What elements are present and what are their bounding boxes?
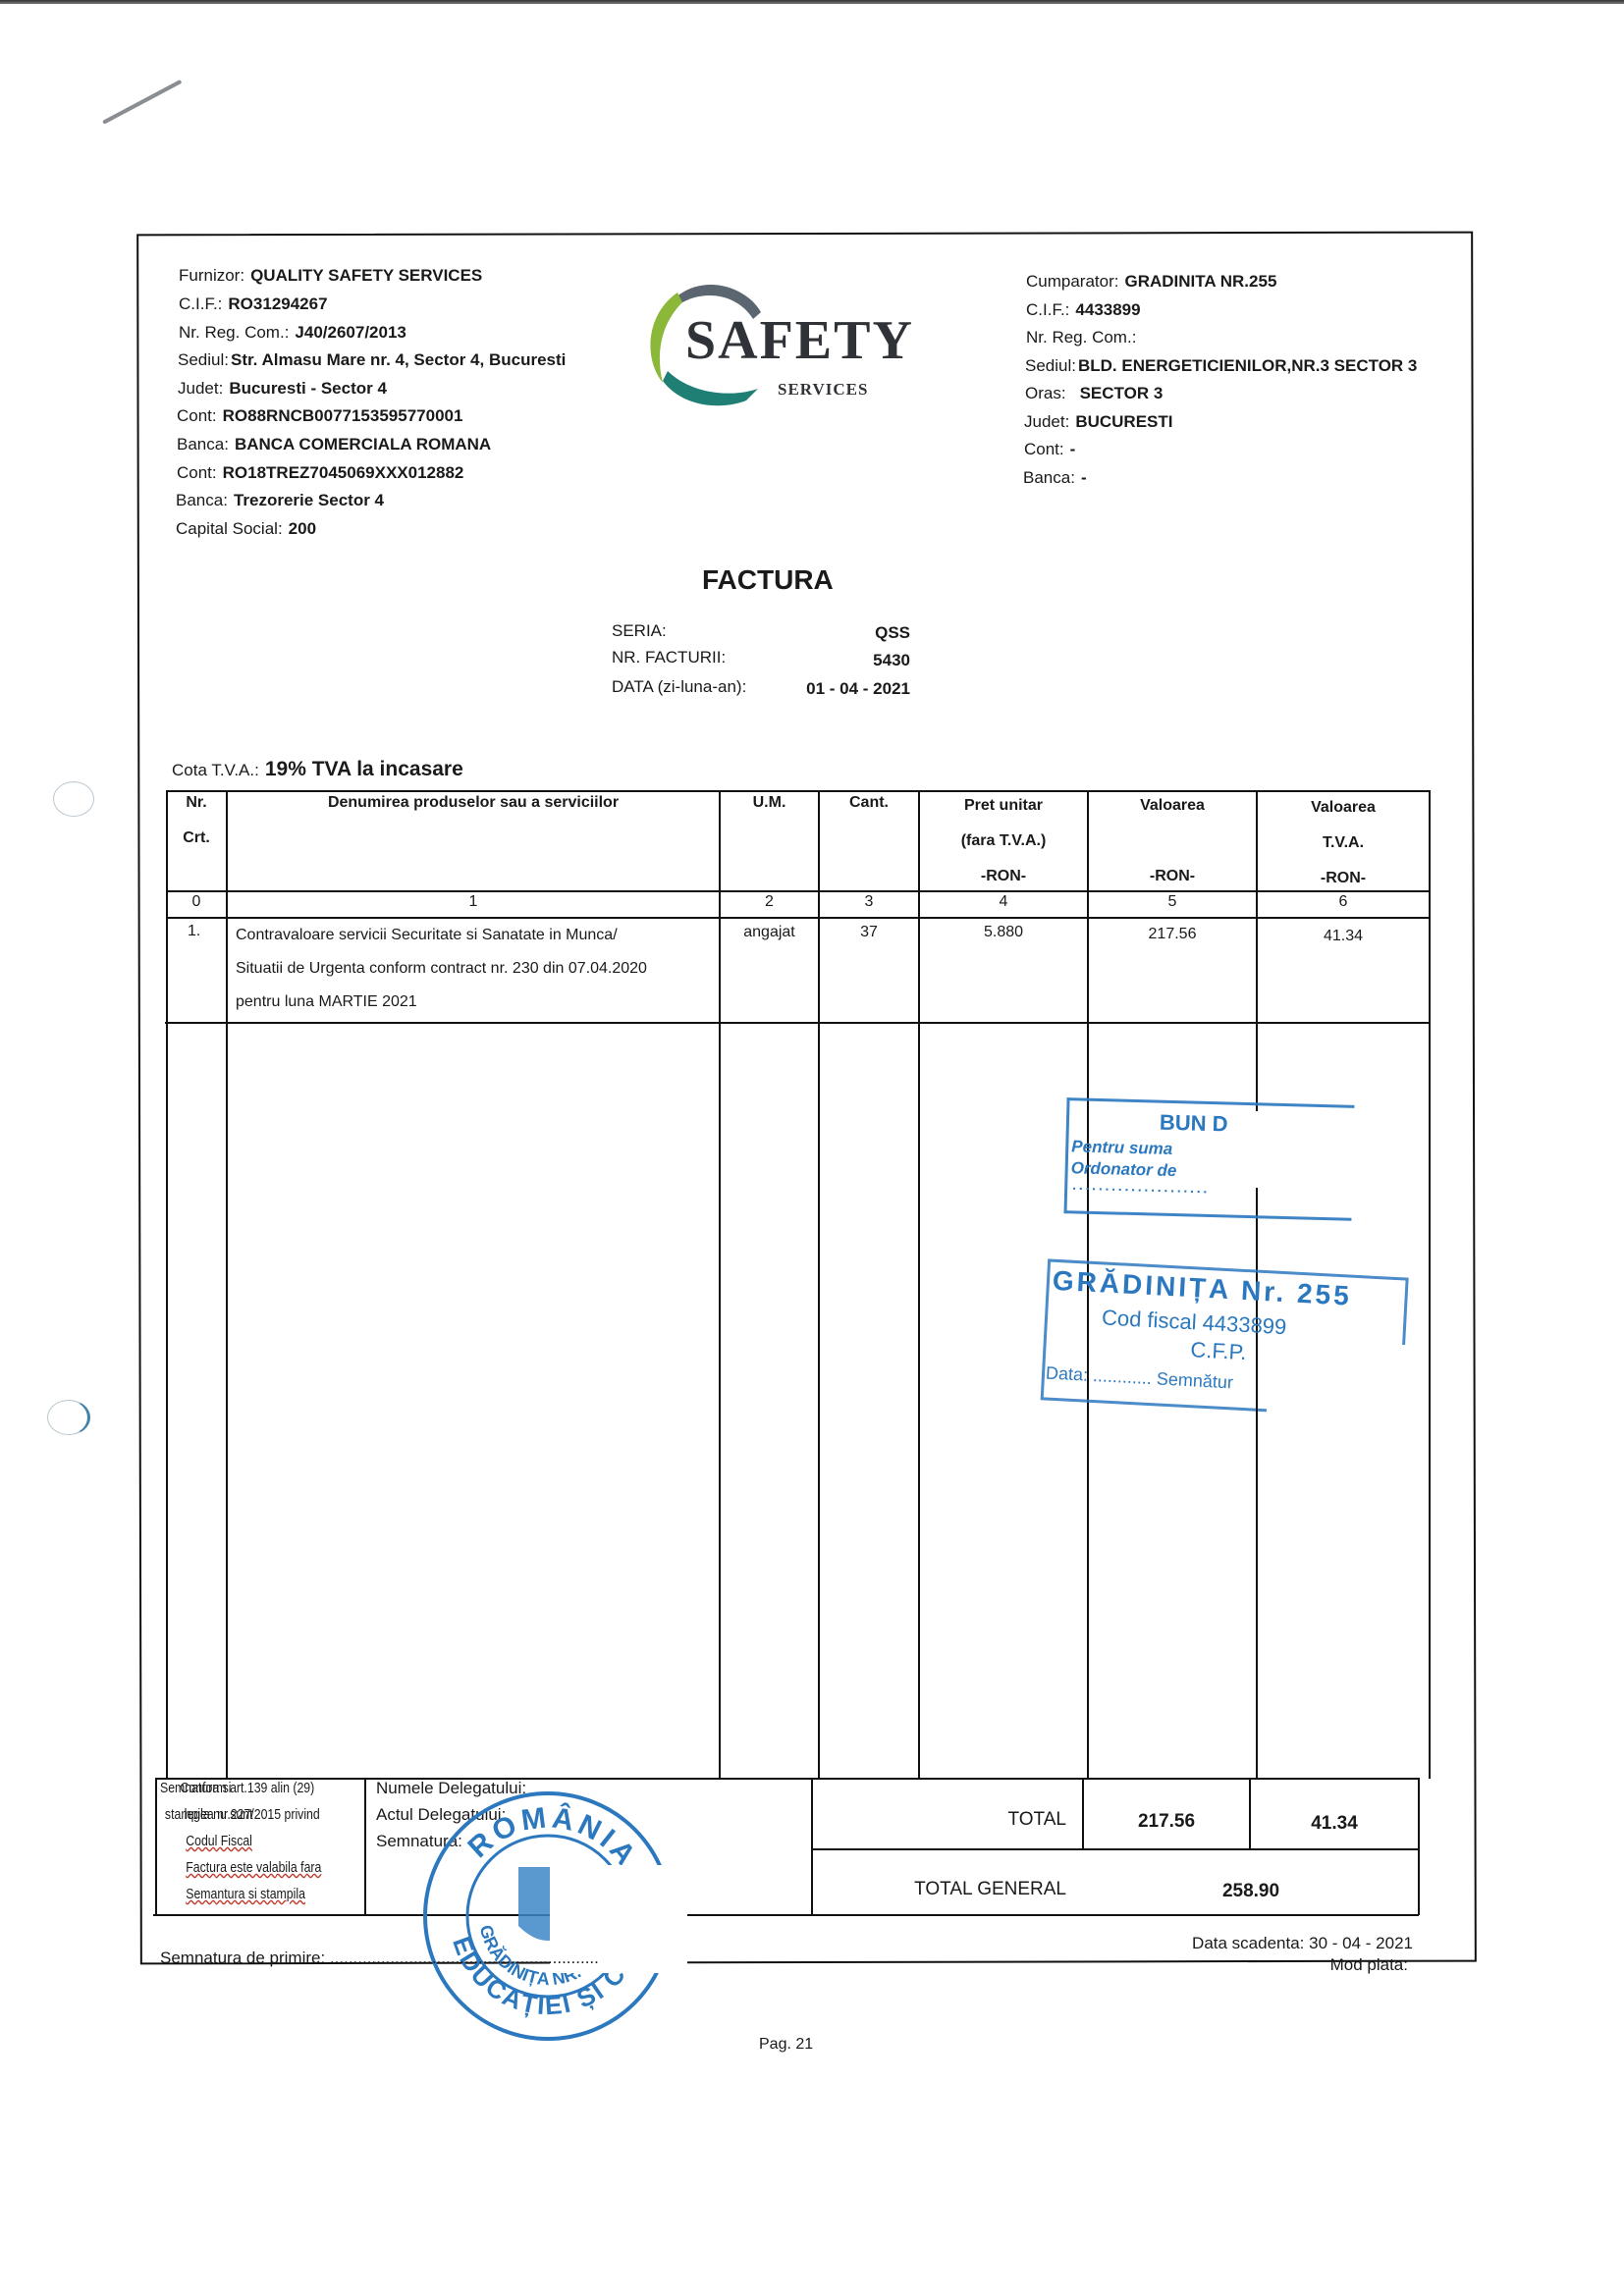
label: Judet: xyxy=(178,379,223,398)
label: Sediul: xyxy=(1025,356,1076,375)
header-nr: Nr. Crt. xyxy=(167,785,226,856)
label: Capital Social: xyxy=(176,519,283,538)
number-label: NR. FACTURII: xyxy=(612,648,726,667)
supplier-account-1: Cont:RO88RNCB0077153595770001 xyxy=(177,406,462,426)
value: - xyxy=(1081,468,1087,487)
stamp-text: C.F.P. xyxy=(1190,1337,1247,1365)
value: J40/2607/2013 xyxy=(295,323,406,342)
value: 4433899 xyxy=(1075,300,1140,319)
total-general-value: 258.90 xyxy=(1084,1881,1418,1902)
header-line: Crt. xyxy=(167,821,226,856)
date-value: 01 - 04 - 2021 xyxy=(806,679,910,699)
buyer-bank: Banca:- xyxy=(1023,468,1087,488)
row-um: angajat xyxy=(721,924,818,941)
label: Cumparator: xyxy=(1026,272,1118,291)
total-value: 217.56 xyxy=(1084,1811,1249,1833)
logo-wordmark: SAFETY xyxy=(685,309,914,372)
value: BLD. ENERGETICIENILOR,NR.3 SECTOR 3 xyxy=(1078,356,1417,375)
table-border xyxy=(1256,1345,1258,1431)
value: Bucuresti - Sector 4 xyxy=(229,379,387,398)
buyer-city: Oras:SECTOR 3 xyxy=(1025,384,1163,403)
header-line: Nr. xyxy=(167,785,226,821)
buyer-reg: Nr. Reg. Com.: xyxy=(1026,328,1142,347)
company-logo: SAFETY SERVICES xyxy=(638,265,943,412)
description-line: Contravaloare servicii Securitate si San… xyxy=(236,919,647,952)
note-line: Semnatura siConform art.139 alin (29) xyxy=(160,1775,321,1801)
header-line: -RON- xyxy=(920,859,1087,894)
header-line: -RON- xyxy=(1258,861,1429,896)
supplier-cif: C.I.F.:RO31294267 xyxy=(179,294,328,314)
label: Banca: xyxy=(177,435,229,454)
supplier-county: Judet:Bucuresti - Sector 4 xyxy=(178,379,387,399)
table-border xyxy=(166,790,168,1779)
col-number: 2 xyxy=(721,893,818,911)
buyer-name: Cumparator:GRADINITA NR.255 xyxy=(1026,272,1276,292)
label: Sediul: xyxy=(178,350,229,369)
header-line: Valoarea xyxy=(1258,790,1429,826)
table-border xyxy=(165,1022,1430,1024)
supplier-bank-1: Banca:BANCA COMERCIALA ROMANA xyxy=(177,435,491,454)
due-date: Data scadenta: 30 - 04 - 2021 xyxy=(1192,1934,1413,1953)
header-line: (fara T.V.A.) xyxy=(920,824,1087,859)
table-border xyxy=(1418,1778,1420,1915)
col-number: 1 xyxy=(228,893,719,911)
vat-rate: Cota T.V.A.:19% TVA la incasare xyxy=(172,758,463,781)
label: Banca: xyxy=(176,491,228,509)
label: Data scadenta: xyxy=(1192,1934,1304,1952)
label: Cont: xyxy=(177,463,217,482)
label: Banca: xyxy=(1023,468,1075,487)
header-value: Valoarea -RON- xyxy=(1089,788,1256,894)
value: - xyxy=(1070,440,1076,458)
buyer-account: Cont:- xyxy=(1024,440,1075,459)
svg-text:ROMÂNIA: ROMÂNIA xyxy=(462,1801,644,1875)
header-vat: Valoarea T.V.A. -RON- xyxy=(1258,790,1429,896)
invoice-title: FACTURA xyxy=(702,564,834,596)
row-nr: 1. xyxy=(188,923,200,940)
table-border xyxy=(226,790,228,1779)
note-line: Semantura si stampila xyxy=(160,1881,321,1907)
value: QUALITY SAFETY SERVICES xyxy=(250,266,482,285)
supplier-account-2: Cont:RO18TREZ7045069XXX012882 xyxy=(177,463,463,483)
total-general-label: TOTAL GENERAL xyxy=(813,1879,1066,1900)
value: 19% TVA la incasare xyxy=(265,758,463,780)
page-number: Pag. 21 xyxy=(759,2036,813,2054)
pen-mark xyxy=(102,80,182,125)
label: Nr. Reg. Com.: xyxy=(1026,328,1136,347)
punch-hole xyxy=(53,781,94,817)
value: RO88RNCB0077153595770001 xyxy=(223,406,463,425)
series-value: QSS xyxy=(875,623,910,643)
header-name: Denumirea produselor sau a serviciilor xyxy=(228,785,719,821)
note-line: Codul Fiscal xyxy=(160,1828,321,1854)
supplier-bank-2: Banca:Trezorerie Sector 4 xyxy=(176,491,384,510)
punch-hole xyxy=(47,1400,90,1435)
value: BANCA COMERCIALA ROMANA xyxy=(235,435,491,454)
supplier-capital: Capital Social:200 xyxy=(176,519,316,539)
note-text: legea nr.227/2015 privind xyxy=(185,1801,320,1828)
stamp-text: Ordonator de xyxy=(1070,1158,1176,1181)
table-border xyxy=(1429,790,1431,1779)
dots: ........................................… xyxy=(330,1949,599,1967)
label: C.I.F.: xyxy=(179,294,222,313)
header-line: Pret unitar xyxy=(920,788,1087,824)
supplier-reg: Nr. Reg. Com.:J40/2607/2013 xyxy=(179,323,406,343)
header-line xyxy=(1089,824,1256,859)
note-text: Codul Fiscal xyxy=(186,1833,252,1849)
row-description: Contravaloare servicii Securitate si San… xyxy=(236,919,647,1019)
value: 200 xyxy=(289,519,316,538)
header-line: T.V.A. xyxy=(1258,826,1429,861)
row-vat: 41.34 xyxy=(1258,928,1429,945)
table-border xyxy=(157,1778,1419,1780)
label: Semnatura de primire: xyxy=(160,1949,325,1967)
supplier-address: Sediul:Str. Almasu Mare nr. 4, Sector 4,… xyxy=(178,350,566,370)
scan-top-edge xyxy=(0,0,1624,4)
value: RO18TREZ7045069XXX012882 xyxy=(223,463,464,482)
note-line: Factura este valabila fara xyxy=(160,1854,321,1881)
header-line: -RON- xyxy=(1089,859,1256,894)
legal-note: Semnatura siConform art.139 alin (29) st… xyxy=(160,1775,321,1907)
buyer-county: Judet:BUCURESTI xyxy=(1024,412,1172,432)
total-vat: 41.34 xyxy=(1251,1813,1418,1835)
label: Cont: xyxy=(177,406,217,425)
value: RO31294267 xyxy=(228,294,327,313)
header-line: Valoarea xyxy=(1089,788,1256,824)
col-number: 3 xyxy=(820,893,918,911)
table-border xyxy=(155,1778,157,1915)
receipt-signature: Semnatura de primire: ..................… xyxy=(160,1949,599,1968)
label: Cont: xyxy=(1024,440,1064,458)
col-number: 0 xyxy=(167,893,226,911)
table-border xyxy=(812,1848,1420,1850)
table-border xyxy=(364,1778,366,1915)
note-text: Semantura si stampila xyxy=(186,1886,305,1902)
table-border xyxy=(153,1914,1419,1916)
label: C.I.F.: xyxy=(1026,300,1069,319)
note-text: Conform art.139 alin (29) xyxy=(181,1775,315,1801)
value: Str. Almasu Mare nr. 4, Sector 4, Bucure… xyxy=(231,350,566,369)
date-label: DATA (zi-luna-an): xyxy=(612,677,746,697)
label: Nr. Reg. Com.: xyxy=(179,323,289,342)
total-label: TOTAL xyxy=(813,1809,1066,1831)
col-number: 6 xyxy=(1258,893,1429,911)
row-qty: 37 xyxy=(820,924,918,941)
redaction xyxy=(1227,1111,1355,1188)
col-number: 4 xyxy=(920,893,1087,911)
description-line: Situatii de Urgenta conform contract nr.… xyxy=(236,952,647,986)
value: SECTOR 3 xyxy=(1080,384,1164,402)
logo-subtitle: SERVICES xyxy=(778,380,868,400)
label: Furnizor: xyxy=(179,266,244,285)
number-value: 5430 xyxy=(873,651,910,670)
label: Judet: xyxy=(1024,412,1069,431)
payment-method: Mod plata: xyxy=(1330,1955,1408,1975)
stamp-text: Pentru suma xyxy=(1071,1137,1172,1159)
buyer-cif: C.I.F.:4433899 xyxy=(1026,300,1141,320)
header-qty: Cant. xyxy=(820,785,918,821)
label: Oras: xyxy=(1025,384,1066,402)
row-value: 217.56 xyxy=(1089,926,1256,943)
row-price: 5.880 xyxy=(920,924,1087,941)
series-label: SERIA: xyxy=(612,621,667,641)
description-line: pentru luna MARTIE 2021 xyxy=(236,986,647,1019)
value: 30 - 04 - 2021 xyxy=(1309,1934,1413,1952)
header-price: Pret unitar (fara T.V.A.) -RON- xyxy=(920,788,1087,894)
note-line: stampila nu suntlegea nr.227/2015 privin… xyxy=(160,1801,321,1828)
value: BUCURESTI xyxy=(1075,412,1172,431)
label: Cota T.V.A.: xyxy=(172,761,259,779)
header-um: U.M. xyxy=(721,785,818,821)
supplier-name: Furnizor:QUALITY SAFETY SERVICES xyxy=(179,266,482,286)
value: Trezorerie Sector 4 xyxy=(234,491,384,509)
redaction xyxy=(1267,1345,1424,1431)
buyer-address: Sediul:BLD. ENERGETICIENILOR,NR.3 SECTOR… xyxy=(1025,356,1417,376)
col-number: 5 xyxy=(1089,893,1256,911)
note-text: Factura este valabila fara xyxy=(186,1859,321,1876)
value: GRADINITA NR.255 xyxy=(1124,272,1276,291)
